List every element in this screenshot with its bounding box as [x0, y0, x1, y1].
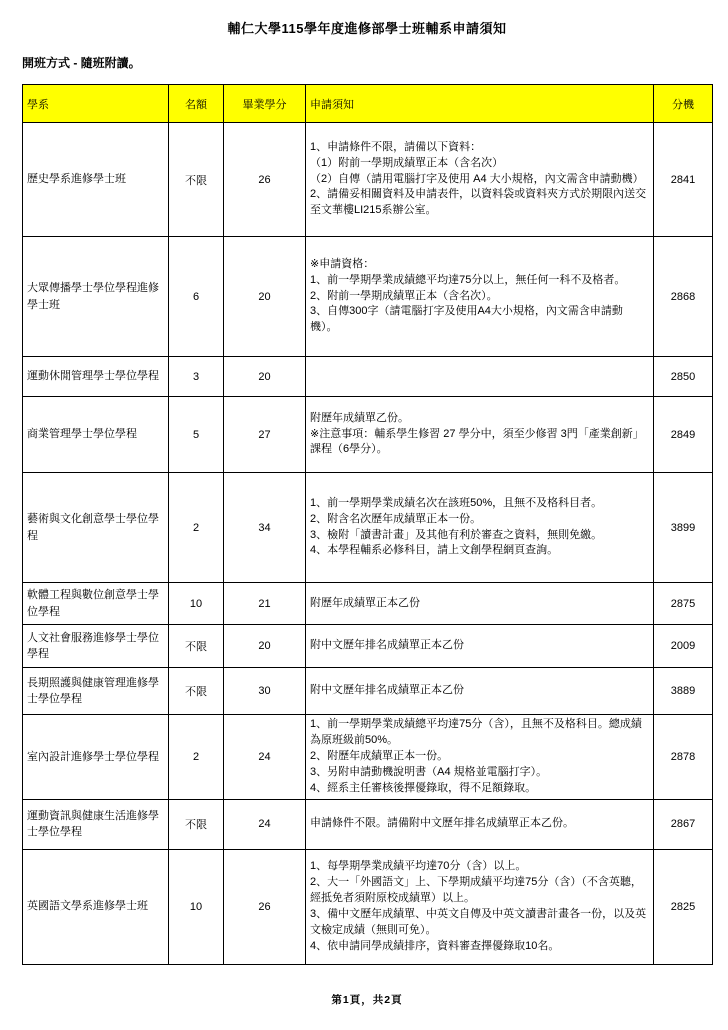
- note-line: 1、申請條件不限，請備以下資料：: [310, 140, 649, 156]
- table-row: 室內設計進修學士學位學程 2 24 1、前一學期學業成績總平均達75分（含），且…: [23, 715, 713, 800]
- credits-cell: 20: [224, 357, 306, 397]
- note-line: 3、檢附「讀書計畫」及其他有利於審查之資料，無則免繳。: [310, 528, 649, 544]
- column-header-application-notes: 申請須知: [306, 85, 654, 123]
- quota-cell: 10: [169, 583, 224, 625]
- notes-cell: 附歷年成績單正本乙份: [306, 583, 654, 625]
- credits-cell: 20: [224, 625, 306, 668]
- note-line: 附歷年成績單正本乙份: [310, 596, 649, 612]
- credits-cell: 24: [224, 799, 306, 849]
- quota-cell: 6: [169, 237, 224, 357]
- page-subtitle: 開班方式 - 隨班附讀。: [22, 54, 712, 71]
- extension-cell: 2875: [654, 583, 713, 625]
- notes-cell: 附中文歷年排名成績單正本乙份: [306, 625, 654, 668]
- quota-cell: 不限: [169, 625, 224, 668]
- column-header-department: 學系: [23, 85, 169, 123]
- notes-cell: 1、申請條件不限，請備以下資料：（1）附前一學期成績單正本（含名次）（2）自傳（…: [306, 123, 654, 237]
- table-header-row: 學系 名額 畢業學分 申請須知 分機: [23, 85, 713, 123]
- table-row: 英國語文學系進修學士班 10 26 1、每學期學業成績平均達70分（含）以上。2…: [23, 849, 713, 964]
- notes-cell: 1、前一學期學業成績總平均達75分（含），且無不及格科目。總成績為原班級前50%…: [306, 715, 654, 800]
- table-row: 商業管理學士學位學程 5 27 附歷年成績單乙份。※注意事項：輔系學生修習 27…: [23, 397, 713, 473]
- note-line: 2、請備妥相關資料及申請表件，以資料袋或資料夾方式於期限內送交至文華樓LI215…: [310, 187, 649, 219]
- table-row: 人文社會服務進修學士學位學程 不限 20 附中文歷年排名成績單正本乙份 2009: [23, 625, 713, 668]
- quota-cell: 2: [169, 473, 224, 583]
- note-line: 申請條件不限。請備附中文歷年排名成績單正本乙份。: [310, 816, 649, 832]
- column-header-graduation-credits: 畢業學分: [224, 85, 306, 123]
- extension-cell: 2868: [654, 237, 713, 357]
- department-cell: 室內設計進修學士學位學程: [23, 715, 169, 800]
- extension-cell: 3889: [654, 668, 713, 715]
- table-row: 歷史學系進修學士班 不限 26 1、申請條件不限，請備以下資料：（1）附前一學期…: [23, 123, 713, 237]
- page-number: 第1頁，共2頁: [22, 992, 712, 1007]
- quota-cell: 不限: [169, 668, 224, 715]
- note-line: 1、前一學期學業成績名次在該班50%，且無不及格科目者。: [310, 496, 649, 512]
- note-line: 1、前一學期學業成績總平均達75分以上，無任何一科不及格者。: [310, 273, 649, 289]
- note-line: 4、本學程輔系必修科目，請上文創學程網頁查詢。: [310, 543, 649, 559]
- extension-cell: 3899: [654, 473, 713, 583]
- credits-cell: 26: [224, 849, 306, 964]
- notes-cell: 附歷年成績單乙份。※注意事項：輔系學生修習 27 學分中，須至少修習 3門「產業…: [306, 397, 654, 473]
- credits-cell: 34: [224, 473, 306, 583]
- notes-cell: 1、前一學期學業成績名次在該班50%，且無不及格科目者。2、附含名次歷年成績單正…: [306, 473, 654, 583]
- note-line: 附中文歷年排名成績單正本乙份: [310, 638, 649, 654]
- table-row: 軟體工程與數位創意學士學位學程 10 21 附歷年成績單正本乙份 2875: [23, 583, 713, 625]
- quota-cell: 不限: [169, 123, 224, 237]
- page-title: 輔仁大學115學年度進修部學士班輔系申請須知: [22, 18, 712, 37]
- document-page: 輔仁大學115學年度進修部學士班輔系申請須知 開班方式 - 隨班附讀。 學系 名…: [0, 0, 728, 1030]
- quota-cell: 3: [169, 357, 224, 397]
- department-cell: 商業管理學士學位學程: [23, 397, 169, 473]
- credits-cell: 26: [224, 123, 306, 237]
- extension-cell: 2849: [654, 397, 713, 473]
- department-cell: 歷史學系進修學士班: [23, 123, 169, 237]
- extension-cell: 2009: [654, 625, 713, 668]
- note-line: 2、附前一學期成績單正本（含名次）。: [310, 289, 649, 305]
- extension-cell: 2867: [654, 799, 713, 849]
- column-header-extension: 分機: [654, 85, 713, 123]
- table-row: 長期照護與健康管理進修學士學位學程 不限 30 附中文歷年排名成績單正本乙份 3…: [23, 668, 713, 715]
- column-header-quota: 名額: [169, 85, 224, 123]
- note-line: （2）自傳（請用電腦打字及使用 A4 大小規格，內文需含申請動機）: [310, 172, 649, 188]
- note-line: 附歷年成績單乙份。: [310, 411, 649, 427]
- table-row: 藝術與文化創意學士學位學程 2 34 1、前一學期學業成績名次在該班50%，且無…: [23, 473, 713, 583]
- credits-cell: 24: [224, 715, 306, 800]
- note-line: 1、前一學期學業成績總平均達75分（含），且無不及格科目。總成績為原班級前50%…: [310, 717, 649, 749]
- notes-cell: [306, 357, 654, 397]
- credits-cell: 20: [224, 237, 306, 357]
- quota-cell: 10: [169, 849, 224, 964]
- note-line: 2、大一「外國語文」上、下學期成績平均達75分（含）（不含英聽，經抵免者須附原校…: [310, 875, 649, 907]
- table-row: 運動資訊與健康生活進修學士學位學程 不限 24 申請條件不限。請備附中文歷年排名…: [23, 799, 713, 849]
- quota-cell: 5: [169, 397, 224, 473]
- note-line: 4、依申請同學成績排序，資料審查擇優錄取10名。: [310, 939, 649, 955]
- application-table: 學系 名額 畢業學分 申請須知 分機 歷史學系進修學士班 不限 26 1、申請條…: [22, 84, 713, 965]
- quota-cell: 不限: [169, 799, 224, 849]
- department-cell: 運動休閒管理學士學位學程: [23, 357, 169, 397]
- note-line: 1、每學期學業成績平均達70分（含）以上。: [310, 859, 649, 875]
- credits-cell: 27: [224, 397, 306, 473]
- extension-cell: 2850: [654, 357, 713, 397]
- department-cell: 運動資訊與健康生活進修學士學位學程: [23, 799, 169, 849]
- table-row: 大眾傳播學士學位學程進修學士班 6 20 ※申請資格：1、前一學期學業成績總平均…: [23, 237, 713, 357]
- credits-cell: 30: [224, 668, 306, 715]
- extension-cell: 2825: [654, 849, 713, 964]
- department-cell: 長期照護與健康管理進修學士學位學程: [23, 668, 169, 715]
- note-line: ※注意事項：輔系學生修習 27 學分中，須至少修習 3門「產業創新」課程（6學分…: [310, 427, 649, 459]
- note-line: 3、自傳300字（請電腦打字及使用A4大小規格，內文需含申請動機）。: [310, 304, 649, 336]
- department-cell: 大眾傳播學士學位學程進修學士班: [23, 237, 169, 357]
- department-cell: 英國語文學系進修學士班: [23, 849, 169, 964]
- note-line: 3、備中文歷年成績單、中英文自傳及中英文讀書計畫各一份，以及英文檢定成績（無則可…: [310, 907, 649, 939]
- credits-cell: 21: [224, 583, 306, 625]
- notes-cell: ※申請資格：1、前一學期學業成績總平均達75分以上，無任何一科不及格者。2、附前…: [306, 237, 654, 357]
- table-row: 運動休閒管理學士學位學程 3 20 2850: [23, 357, 713, 397]
- quota-cell: 2: [169, 715, 224, 800]
- note-line: 4、經系主任審核後擇優錄取，得不足額錄取。: [310, 781, 649, 797]
- note-line: 2、附歷年成績單正本一份。: [310, 749, 649, 765]
- department-cell: 人文社會服務進修學士學位學程: [23, 625, 169, 668]
- note-line: （1）附前一學期成績單正本（含名次）: [310, 156, 649, 172]
- extension-cell: 2878: [654, 715, 713, 800]
- notes-cell: 1、每學期學業成績平均達70分（含）以上。2、大一「外國語文」上、下學期成績平均…: [306, 849, 654, 964]
- note-line: 2、附含名次歷年成績單正本一份。: [310, 512, 649, 528]
- department-cell: 軟體工程與數位創意學士學位學程: [23, 583, 169, 625]
- notes-cell: 申請條件不限。請備附中文歷年排名成績單正本乙份。: [306, 799, 654, 849]
- extension-cell: 2841: [654, 123, 713, 237]
- department-cell: 藝術與文化創意學士學位學程: [23, 473, 169, 583]
- note-line: 3、另附申請動機說明書（A4 規格並電腦打字）。: [310, 765, 649, 781]
- note-line: 附中文歷年排名成績單正本乙份: [310, 683, 649, 699]
- note-line: ※申請資格：: [310, 257, 649, 273]
- notes-cell: 附中文歷年排名成績單正本乙份: [306, 668, 654, 715]
